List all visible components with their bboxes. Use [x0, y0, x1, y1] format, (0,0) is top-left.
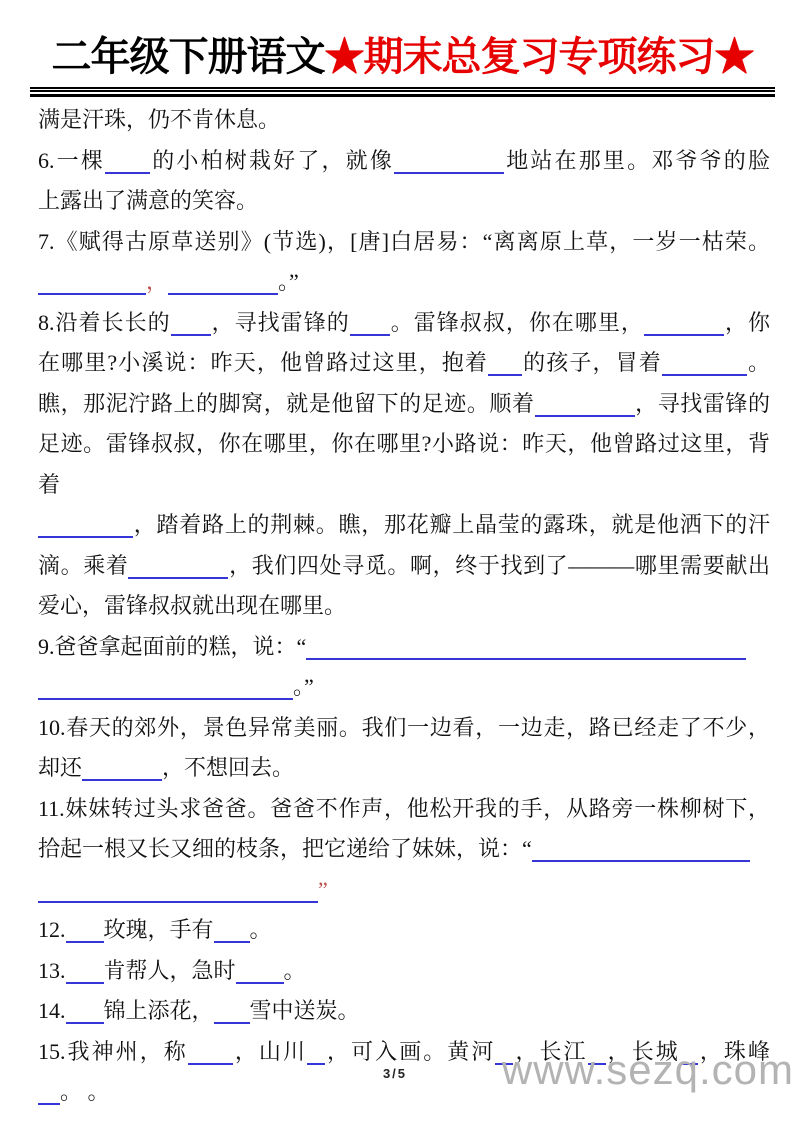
carryover-line: 满是汗珠，仍不肯休息。	[38, 100, 770, 141]
text-run: 的小柏树栽好了，就像	[150, 148, 394, 173]
fill-in-blank	[38, 293, 146, 295]
fill-in-blank	[662, 374, 747, 376]
fill-in-blank	[350, 334, 390, 336]
fill-in-blank	[171, 334, 211, 336]
q14-line1: 14.锦上添花，雪中送炭。	[38, 991, 770, 1032]
fill-in-blank	[105, 172, 150, 174]
q9-line2: 。”	[38, 667, 770, 708]
q12-line1: 12.玫瑰，手有。	[38, 910, 770, 951]
text-run: ，踏着路上的荆棘。瞧，那花瓣上晶莹的露珠，就是他洒下的汗	[133, 512, 770, 537]
q8-line3: 瞧，那泥泞路上的脚窝，就是他留下的足迹。顺着，寻找雷锋的	[38, 384, 770, 425]
q11-line3: ”	[38, 870, 770, 911]
text-run: ，不想回去。	[162, 755, 294, 780]
fill-in-blank	[188, 1063, 233, 1065]
text-run: 13.	[38, 958, 66, 983]
worksheet-page: 二年级下册语文★期末总复习专项练习★ 满是汗珠，仍不肯休息。6.一棵的小柏树栽好…	[0, 0, 800, 1131]
text-run: ，你	[724, 310, 770, 335]
q11-line1: 11.妹妹转过头求爸爸。爸爸不作声，他松开我的手，从路旁一株柳树下，	[38, 789, 770, 830]
text-run: 在哪里?小溪说：昨天，他曾路过这里，抱着	[38, 350, 488, 375]
q13-line1: 13.肯帮人，急时。	[38, 951, 770, 992]
text-run: 雪中送炭。	[250, 998, 360, 1023]
q8-line6: 滴。乘着，我们四处寻觅。啊，终于找到了———哪里需要献出	[38, 546, 770, 587]
text-run: 满是汗珠，仍不肯休息。	[38, 107, 280, 132]
text-run: ，寻找雷锋的	[211, 310, 350, 335]
q11-line2: 拾起一根又长又细的枝条，把它递给了妹妹，说：“	[38, 829, 770, 870]
text-run: ，可入画。黄河	[325, 1039, 495, 1064]
text-run: 上露出了满意的笑容。	[38, 188, 258, 213]
text-run: 15.我神州，称	[38, 1039, 188, 1064]
fill-in-blank	[168, 293, 278, 295]
page-title: 二年级下册语文★期末总复习专项练习★	[30, 30, 775, 84]
worksheet-header: 二年级下册语文★期末总复习专项练习★	[30, 30, 775, 97]
fill-in-blank	[66, 982, 104, 984]
text-run: 7.《赋得古原草送别》(节选)，[唐]白居易：“离离原上草，一岁一枯荣。	[38, 229, 770, 254]
fill-in-blank	[394, 172, 504, 174]
fill-in-blank	[236, 982, 284, 984]
text-run: 。”	[293, 674, 314, 699]
text-run: 锦上添花，	[104, 998, 214, 1023]
text-run: 滴。乘着	[38, 553, 128, 578]
page-title-course: 二年级下册语文	[52, 34, 325, 79]
text-run: 肯帮人，急时	[104, 958, 236, 983]
fill-in-blank	[38, 536, 133, 538]
fill-in-blank	[532, 860, 750, 862]
q8-line2: 在哪里?小溪说：昨天，他曾路过这里，抱着的孩子，冒着。	[38, 343, 770, 384]
text-run: 的孩子，冒着	[522, 350, 662, 375]
text-run: 9.爸爸拿起面前的糕，说：“	[38, 634, 306, 659]
q8-line4: 足迹。雷锋叔叔，你在哪里，你在哪里?小路说：昨天，他曾路过这里，背着	[38, 424, 770, 505]
text-run: 。雷锋叔叔，你在哪里，	[390, 310, 644, 335]
text-run: 。	[284, 958, 306, 983]
text-run: ，我们四处寻觅。啊，终于找到了———哪里需要献出	[228, 553, 770, 578]
q10-line1: 10.春天的郊外，景色异常美丽。我们一边看，一边走，路已经走了不少，	[38, 708, 770, 749]
page-title-topic: ★期末总复习专项练习★	[325, 34, 754, 79]
title-divider-rule	[30, 87, 775, 97]
q7-line1: 7.《赋得古原草送别》(节选)，[唐]白居易：“离离原上草，一岁一枯荣。	[38, 222, 770, 263]
fill-in-blank	[307, 1063, 325, 1065]
fill-in-blank	[82, 779, 162, 781]
fill-in-blank	[214, 941, 250, 943]
text-run: 瞧，那泥泞路上的脚窝，就是他留下的足迹。顺着	[38, 391, 535, 416]
fill-in-blank	[214, 1022, 250, 1024]
text-run: ，寻找雷锋的	[635, 391, 770, 416]
text-run: ，山川	[233, 1039, 307, 1064]
fill-in-blank	[38, 1103, 60, 1105]
q8-line7: 爱心，雷锋叔叔就出现在哪里。	[38, 586, 770, 627]
fill-in-blank	[38, 901, 318, 903]
q7-line2: ，。”	[38, 262, 770, 303]
q6-line2: 上露出了满意的笑容。	[38, 181, 770, 222]
fill-in-blank	[535, 415, 635, 417]
q6-line1: 6.一棵的小柏树栽好了，就像地站在那里。邓爷爷的脸	[38, 141, 770, 182]
watermark-text: www.sezq.com	[502, 1046, 794, 1094]
q8-line1: 8.沿着长长的，寻找雷锋的。雷锋叔叔，你在哪里，，你	[38, 303, 770, 344]
text-run: 11.妹妹转过头求爸爸。爸爸不作声，他松开我的手，从路旁一株柳树下，	[38, 796, 770, 821]
text-run: 。	[747, 350, 770, 375]
fill-in-blank	[644, 334, 724, 336]
text-run: 地站在那里。邓爷爷的脸	[504, 148, 770, 173]
text-run: 14.	[38, 998, 66, 1023]
text-run: 足迹。雷锋叔叔，你在哪里，你在哪里?小路说：昨天，他曾路过这里，背着	[38, 431, 770, 497]
text-run: 玫瑰，手有	[104, 917, 214, 942]
fill-in-blank	[38, 698, 293, 700]
q9-line1: 9.爸爸拿起面前的糕，说：“	[38, 627, 770, 668]
text-run: 爱心，雷锋叔叔就出现在哪里。	[38, 593, 346, 618]
fill-in-blank	[66, 941, 104, 943]
text-run: 10.春天的郊外，景色异常美丽。我们一边看，一边走，路已经走了不少，	[38, 715, 770, 740]
fill-in-blank	[488, 374, 522, 376]
q8-line5: ，踏着路上的荆棘。瞧，那花瓣上晶莹的露珠，就是他洒下的汗	[38, 505, 770, 546]
text-run: 6.一棵	[38, 148, 105, 173]
fill-in-blank	[128, 577, 228, 579]
text-run: 却还	[38, 755, 82, 780]
text-run: 。	[250, 917, 272, 942]
text-run: 12.	[38, 917, 66, 942]
text-run: 。 。	[60, 1079, 110, 1104]
text-run: 拾起一根又长又细的枝条，把它递给了妹妹，说：“	[38, 836, 532, 861]
fill-in-blank	[66, 1022, 104, 1024]
text-run: 8.沿着长长的	[38, 310, 171, 335]
text-run: ”	[318, 877, 328, 902]
q10-line2: 却还，不想回去。	[38, 748, 770, 789]
worksheet-body: 满是汗珠，仍不肯休息。6.一棵的小柏树栽好了，就像地站在那里。邓爷爷的脸上露出了…	[38, 100, 770, 1113]
text-run: ，	[146, 269, 168, 294]
fill-in-blank	[306, 658, 746, 660]
text-run: 。”	[278, 269, 299, 294]
